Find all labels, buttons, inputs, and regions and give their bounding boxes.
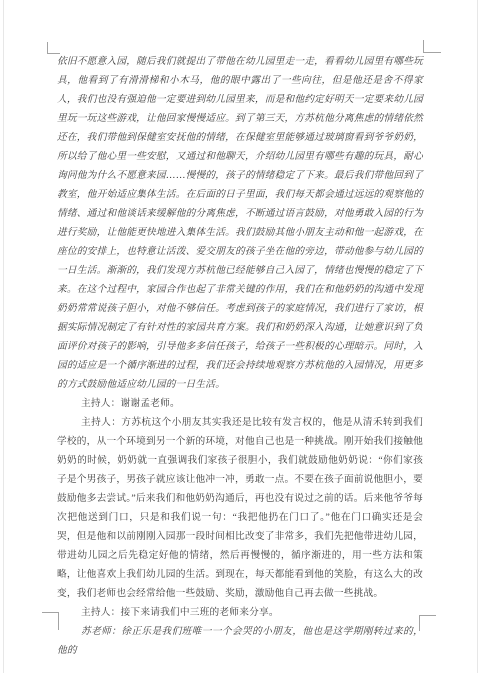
page-left-edge xyxy=(3,0,4,673)
document-page: 依旧不愿意入园，随后我们就提出了带他在幼儿园里走一走，看看幼儿园里有哪些玩具，他… xyxy=(0,0,480,673)
paragraph-host-handoff[interactable]: 主持人：接下来请我们中三班的老师来分享。 xyxy=(57,603,423,622)
text-boundary-mark-top-right xyxy=(423,40,441,53)
paragraph-transcript-continuation[interactable]: 依旧不愿意入园，随后我们就提出了带他在幼儿园里走一走，看看幼儿园里有哪些玩具，他… xyxy=(57,52,423,394)
paragraph-teacher-su[interactable]: 苏老师：徐正乐是我们班唯一一个会哭的小朋友，他也是这学期刚转过来的，他的 xyxy=(57,622,423,660)
paragraph-host-thanks[interactable]: 主持人：谢谢孟老师。 xyxy=(57,394,423,413)
paragraph-host-story[interactable]: 主持人：方苏杭这个小朋友其实我还是比较有发言权的，他是从清禾转到我们学校的，从一… xyxy=(57,413,423,603)
document-text-area[interactable]: 依旧不愿意入园，随后我们就提出了带他在幼儿园里走一走，看看幼儿园里有哪些玩具，他… xyxy=(57,52,423,660)
page-right-edge xyxy=(477,0,478,673)
